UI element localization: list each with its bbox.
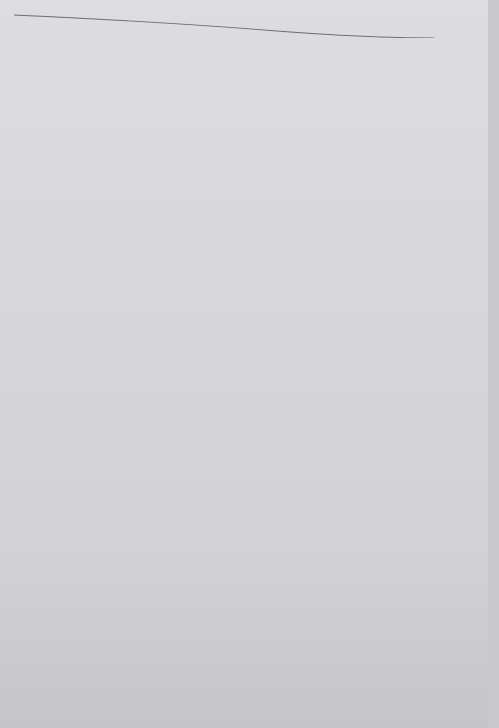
- document-page: [0, 0, 488, 728]
- header-rule: [14, 10, 434, 38]
